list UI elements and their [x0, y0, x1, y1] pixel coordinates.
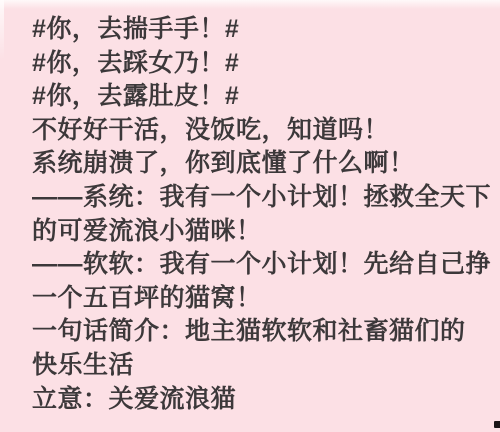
text-line: 立意：关爱流浪猫 [32, 383, 482, 417]
top-edge-highlight [0, 0, 500, 9]
text-line: #你，去踩女乃！# [32, 47, 482, 81]
text-line: 快乐生活 [32, 349, 482, 383]
text-line: 系统崩溃了，你到底懂了什么啊！ [32, 147, 482, 181]
text-line: #你，去揣手手！# [32, 13, 482, 47]
text-line: 一句话简介：地主猫软软和社畜猫们的 [32, 315, 482, 349]
text-line: 一个五百坪的猫窝！ [32, 282, 482, 316]
story-intro-text-block: #你，去揣手手！# #你，去踩女乃！# #你，去露肚皮！# 不好好干活，没饭吃，… [32, 13, 482, 416]
text-line: ——系统：我有一个小计划！拯救全天下 [32, 181, 482, 215]
text-line: #你，去露肚皮！# [32, 80, 482, 114]
corner-artifact-dot [494, 421, 500, 428]
text-line: 的可爱流浪小猫咪！ [32, 215, 482, 249]
text-line: ——软软：我有一个小计划！先给自己挣 [32, 248, 482, 282]
left-edge-highlight [0, 0, 4, 60]
text-image-page: #你，去揣手手！# #你，去踩女乃！# #你，去露肚皮！# 不好好干活，没饭吃，… [0, 0, 500, 432]
text-line: 不好好干活，没饭吃，知道吗！ [32, 114, 482, 148]
